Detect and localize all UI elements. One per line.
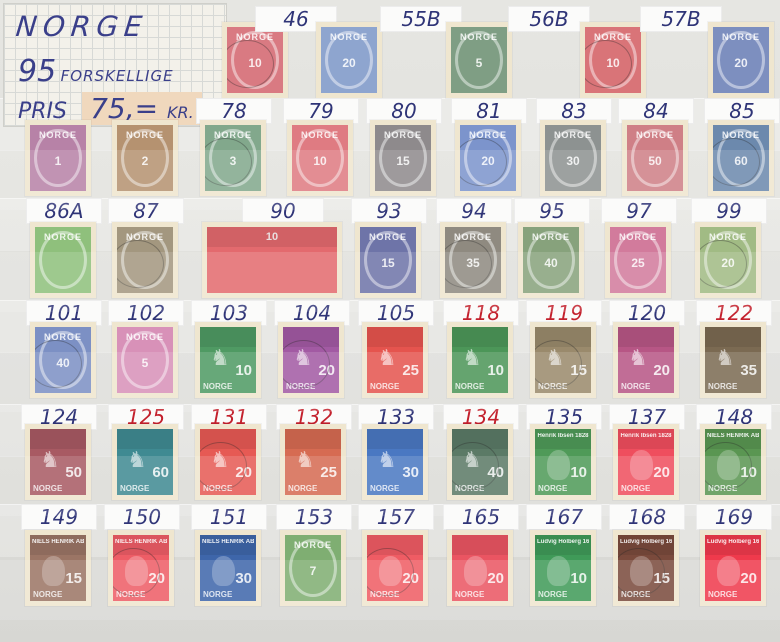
stamp-country-text: NORGE: [455, 382, 484, 391]
stamp-face: Ludvig Holberg 1684 193415NORGE: [618, 535, 674, 601]
stamp-135[interactable]: Henrik Ibsen 182810NORGE: [530, 424, 596, 500]
stamp-face: ♞10NORGE: [200, 327, 256, 393]
stamp-top-band: [367, 327, 423, 347]
lion-icon: ♞: [715, 345, 735, 371]
stamp-country-text: NORGE: [538, 484, 567, 493]
stamp-face: NORGE20: [713, 27, 769, 93]
stamp-105[interactable]: ♞25NORGE: [362, 322, 428, 398]
stamp-face: NIELS HENRIK ABEL 180210NORGE: [705, 429, 761, 495]
stamp-country-text: NORGE: [370, 484, 399, 493]
stamp-country-text: NORGE: [708, 382, 737, 391]
stamp-country-text: NORGE: [33, 590, 62, 599]
catalog-number-label: 86A: [26, 198, 102, 224]
stamp-167[interactable]: Ludvig Holberg 1684 193410NORGE: [530, 530, 596, 606]
stamp-face: NORGE20: [321, 27, 377, 93]
stamp-face: NORGE1: [30, 125, 86, 191]
stamp-face: 20NORGE: [452, 535, 508, 601]
stamp-value: 1: [30, 154, 86, 168]
postmark-icon: [452, 442, 499, 490]
stamp-value: 20: [321, 56, 377, 70]
stamp-169[interactable]: Ludvig Holberg 1684 193420NORGE: [700, 530, 766, 606]
stamp-top-band: [452, 535, 508, 555]
stamp-unlabeled[interactable]: NORGE1: [25, 120, 91, 196]
stamp-country-text: NORGE: [451, 32, 507, 42]
stamp-value: 15: [65, 570, 82, 587]
stamp-56B[interactable]: NORGE10: [580, 22, 646, 98]
stamp-value: 50: [65, 464, 82, 481]
stamp-face: ♞50NORGE: [30, 429, 86, 495]
stamp-85[interactable]: NORGE60: [708, 120, 774, 196]
lion-icon: ♞: [127, 447, 147, 473]
stamp-country-text: NORGE: [713, 32, 769, 42]
stamp-face: ♞20NORGE: [618, 327, 674, 393]
stamp-132[interactable]: ♞25NORGE: [280, 424, 346, 500]
catalog-number-label: 87: [108, 198, 184, 224]
stamp-46[interactable]: NORGE20: [316, 22, 382, 98]
stamp-face: NORGE50: [627, 125, 683, 191]
stamp-top-band: [207, 227, 337, 247]
stamp-83[interactable]: NORGE30: [540, 120, 606, 196]
portrait-icon: [547, 556, 569, 586]
stamp-country-text: NORGE: [370, 382, 399, 391]
stamp-value: 5: [451, 56, 507, 70]
catalog-number-label: 95: [514, 198, 590, 224]
stamp-value: 10: [487, 362, 504, 379]
stamp-value: 30: [545, 154, 601, 168]
stamp-banner-text: NIELS HENRIK ABEL 1802: [32, 539, 84, 545]
stamp-country-text: NORGE: [360, 232, 416, 242]
stamp-top-band: [367, 429, 423, 449]
portrait-icon: [464, 556, 486, 586]
stamp-face: NORGE2: [117, 125, 173, 191]
stamp-banner-text: Ludvig Holberg 1684 1934: [620, 539, 672, 545]
catalog-number-label: 56B: [508, 6, 590, 32]
catalog-number-label: 150: [104, 504, 180, 530]
stamp-value: 20: [740, 570, 757, 587]
catalog-number-label: 167: [526, 504, 602, 530]
stamp-country-text: NORGE: [30, 130, 86, 140]
stamp-157[interactable]: 20NORGE: [362, 530, 428, 606]
stamp-value: 20: [653, 464, 670, 481]
stamp-face: 20NORGE: [367, 535, 423, 601]
stamp-118[interactable]: ♞10NORGE: [447, 322, 513, 398]
stamp-face: ♞35NORGE: [705, 327, 761, 393]
stamp-value: 5: [117, 356, 173, 370]
stamp-country-text: NORGE: [203, 382, 232, 391]
stamp-country-text: NORGE: [33, 484, 62, 493]
stamp-face: NORGE60: [713, 125, 769, 191]
stamp-94[interactable]: NORGE35: [440, 222, 506, 298]
portrait-icon: [212, 556, 234, 586]
handwritten-note-card: NORGE 95 FORSKELLIGE PRIS 75,= KR.: [3, 3, 227, 127]
stamp-face: NORGE25: [610, 227, 666, 293]
stamp-value: 10: [235, 362, 252, 379]
stamp-face: ♞25NORGE: [285, 429, 341, 495]
stamp-55B[interactable]: NORGE5: [446, 22, 512, 98]
stamp-face: NIELS HENRIK ABEL20NORGE: [113, 535, 169, 601]
catalog-number-label: 97: [601, 198, 677, 224]
stamp-131[interactable]: ♞20NORGE: [195, 424, 261, 500]
stamp-value: 10: [292, 154, 348, 168]
stamp-top-band: [30, 429, 86, 449]
stamp-banner-text: Henrik Ibsen 1828: [537, 433, 589, 439]
stamp-value: 10: [570, 570, 587, 587]
stockbook-page: NORGE 95 FORSKELLIGE PRIS 75,= KR. NORGE…: [0, 0, 780, 642]
stamp-country-text: NORGE: [375, 130, 431, 140]
catalog-number-label: 157: [358, 504, 434, 530]
stamp-face: Henrik Ibsen 182820NORGE: [618, 429, 674, 495]
stamp-unlabeled[interactable]: NORGE10: [222, 22, 288, 98]
stamp-119[interactable]: ♞15NORGE: [530, 322, 596, 398]
stamp-78[interactable]: NORGE3: [200, 120, 266, 196]
stamp-value: 20: [653, 362, 670, 379]
stamp-face: NORGE35: [445, 227, 501, 293]
note-count-word: FORSKELLIGE: [61, 67, 174, 85]
catalog-number-label: 93: [351, 198, 427, 224]
stamp-value: 40: [523, 256, 579, 270]
stamp-value: 30: [235, 570, 252, 587]
stamp-top-band: [705, 327, 761, 347]
stamp-country-text: NORGE: [117, 130, 173, 140]
stamp-banner-text: Ludvig Holberg 1684 1934: [707, 539, 759, 545]
stamp-value: 10: [570, 464, 587, 481]
stamp-top-band: [200, 327, 256, 347]
stamp-face: NORGE20: [700, 227, 756, 293]
stamp-103[interactable]: ♞10NORGE: [195, 322, 261, 398]
catalog-number-label: 99: [691, 198, 767, 224]
stamp-face: NORGE5: [117, 327, 173, 393]
stamp-86A[interactable]: NORGE: [30, 222, 96, 298]
stamp-face: ♞25NORGE: [367, 327, 423, 393]
portrait-icon: [547, 450, 569, 480]
stamp-unlabeled[interactable]: NORGE2: [112, 120, 178, 196]
stamp-value: 15: [375, 154, 431, 168]
stamp-99[interactable]: NORGE20: [695, 222, 761, 298]
stamp-value: 15: [360, 256, 416, 270]
lion-icon: ♞: [295, 447, 315, 473]
stamp-face: NORGE: [117, 227, 173, 293]
stamp-93[interactable]: NORGE15: [355, 222, 421, 298]
stamp-120[interactable]: ♞20NORGE: [613, 322, 679, 398]
stamp-134[interactable]: ♞40NORGE: [447, 424, 513, 500]
stamp-value: 60: [152, 464, 169, 481]
stamp-value: 25: [402, 362, 419, 379]
stamp-face: NORGE: [35, 227, 91, 293]
stamp-country-text: NORGE: [708, 590, 737, 599]
stamp-face: ♞15NORGE: [535, 327, 591, 393]
stamp-value: 50: [627, 154, 683, 168]
stamp-84[interactable]: NORGE50: [622, 120, 688, 196]
stamp-79[interactable]: NORGE10: [287, 120, 353, 196]
stamp-value: 35: [740, 362, 757, 379]
stamp-value: 20: [487, 570, 504, 587]
lion-icon: ♞: [210, 345, 230, 371]
stamp-face: NIELS HENRIK ABEL 180215NORGE: [30, 535, 86, 601]
stamp-value: 2: [117, 154, 173, 168]
stamp-face: NORGE3: [205, 125, 261, 191]
stamp-133[interactable]: ♞30NORGE: [362, 424, 428, 500]
portrait-icon: [630, 450, 652, 480]
stamp-80[interactable]: NORGE15: [370, 120, 436, 196]
stamp-face: Henrik Ibsen 182810NORGE: [535, 429, 591, 495]
stamp-value: 25: [320, 464, 337, 481]
stamp-value: 20: [713, 56, 769, 70]
postmark-icon: [618, 548, 665, 596]
stamp-face: ♞10NORGE: [452, 327, 508, 393]
lion-icon: ♞: [462, 345, 482, 371]
stamp-country-text: NORGE: [285, 540, 341, 550]
stamp-face: Ludvig Holberg 1684 193420NORGE: [705, 535, 761, 601]
stamp-face: ♞60NORGE: [117, 429, 173, 495]
portrait-icon: [42, 556, 64, 586]
lion-icon: ♞: [377, 345, 397, 371]
stamp-face: NIELS HENRIK ABEL30NORGE: [200, 535, 256, 601]
stamp-banner-text: Ludvig Holberg 1684 1934: [537, 539, 589, 545]
catalog-number-label: 165: [443, 504, 519, 530]
stamp-face: 10: [207, 227, 337, 293]
stamp-top-band: [452, 327, 508, 347]
stamp-top-band: [285, 429, 341, 449]
stamp-face: NORGE10: [227, 27, 283, 93]
stamp-value: 7: [285, 564, 341, 578]
stamp-value: 25: [610, 256, 666, 270]
stamp-country-text: NORGE: [455, 590, 484, 599]
stamp-81[interactable]: NORGE20: [455, 120, 521, 196]
catalog-number-label: 149: [21, 504, 97, 530]
stamp-97[interactable]: NORGE25: [605, 222, 671, 298]
stamp-95[interactable]: NORGE40: [518, 222, 584, 298]
stamp-country-text: NORGE: [545, 130, 601, 140]
stamp-country-text: NORGE: [292, 130, 348, 140]
stamp-face: NORGE10: [585, 27, 641, 93]
postmark-icon: [367, 548, 414, 596]
stamp-country-text: NORGE: [117, 332, 173, 342]
stamp-104[interactable]: ♞20NORGE: [278, 322, 344, 398]
portrait-icon: [717, 556, 739, 586]
catalog-number-label: 153: [276, 504, 352, 530]
stamp-top-band: [618, 327, 674, 347]
stamp-face: NORGE20: [460, 125, 516, 191]
postmark-icon: [200, 442, 247, 490]
stamp-country-text: NORGE: [523, 232, 579, 242]
stamp-165[interactable]: 20NORGE: [447, 530, 513, 606]
stamp-122[interactable]: ♞35NORGE: [700, 322, 766, 398]
catalog-number-label: 169: [696, 504, 772, 530]
stamp-country-text: NORGE: [288, 484, 317, 493]
stamp-face: NORGE15: [375, 125, 431, 191]
stamp-153[interactable]: NORGE7: [280, 530, 346, 606]
lion-icon: ♞: [377, 447, 397, 473]
stamp-face: NORGE7: [285, 535, 341, 601]
catalog-number-label: 151: [191, 504, 267, 530]
stamp-banner-text: Henrik Ibsen 1828: [620, 433, 672, 439]
stamp-face: ♞40NORGE: [452, 429, 508, 495]
stamp-face: NORGE5: [451, 27, 507, 93]
postmark-icon: [705, 442, 752, 490]
stamp-country-text: NORGE: [120, 484, 149, 493]
note-count-number: 95: [18, 54, 56, 89]
stamp-country-text: NORGE: [538, 590, 567, 599]
stamp-148[interactable]: NIELS HENRIK ABEL 180210NORGE: [700, 424, 766, 500]
stamp-face: NORGE10: [292, 125, 348, 191]
note-count: 95 FORSKELLIGE: [18, 54, 174, 89]
stamp-banner-text: NIELS HENRIK ABEL: [115, 539, 167, 545]
stamp-168[interactable]: Ludvig Holberg 1684 193415NORGE: [613, 530, 679, 606]
stamp-banner-text: NIELS HENRIK ABEL 1802: [707, 433, 759, 439]
stamp-face: NORGE40: [35, 327, 91, 393]
note-country: NORGE: [14, 10, 149, 43]
stamp-face: NORGE15: [360, 227, 416, 293]
stamp-country-text: NORGE: [321, 32, 377, 42]
catalog-number-label: 90: [242, 198, 324, 224]
stamp-country-text: NORGE: [610, 232, 666, 242]
catalog-number-label: 94: [436, 198, 512, 224]
stamp-151[interactable]: NIELS HENRIK ABEL30NORGE: [195, 530, 261, 606]
postmark-icon: [283, 340, 330, 388]
lion-icon: ♞: [40, 447, 60, 473]
stamp-57B[interactable]: NORGE20: [708, 22, 774, 98]
stamp-137[interactable]: Henrik Ibsen 182820NORGE: [613, 424, 679, 500]
stamp-102[interactable]: NORGE5: [112, 322, 178, 398]
postmark-icon: [113, 548, 160, 596]
stamp-face: ♞20NORGE: [200, 429, 256, 495]
stamp-country-text: NORGE: [621, 484, 650, 493]
lion-icon: ♞: [628, 345, 648, 371]
stamp-value: 30: [402, 464, 419, 481]
stamp-125[interactable]: ♞60NORGE: [112, 424, 178, 500]
stamp-banner-text: NIELS HENRIK ABEL: [202, 539, 254, 545]
stamp-face: ♞30NORGE: [367, 429, 423, 495]
stamp-country-text: NORGE: [621, 382, 650, 391]
stamp-150[interactable]: NIELS HENRIK ABEL20NORGE: [108, 530, 174, 606]
catalog-number-label: 168: [609, 504, 685, 530]
stamp-country-text: NORGE: [35, 232, 91, 242]
stamp-101[interactable]: NORGE40: [30, 322, 96, 398]
stamp-face: Ludvig Holberg 1684 193410NORGE: [535, 535, 591, 601]
stamp-face: ♞20NORGE: [283, 327, 339, 393]
stamp-124[interactable]: ♞50NORGE: [25, 424, 91, 500]
stamp-90[interactable]: 10: [202, 222, 342, 298]
stamp-top-band: [117, 429, 173, 449]
stamp-face: NORGE30: [545, 125, 601, 191]
stamp-country-text: NORGE: [627, 130, 683, 140]
stamp-149[interactable]: NIELS HENRIK ABEL 180215NORGE: [25, 530, 91, 606]
stamp-country-text: NORGE: [203, 590, 232, 599]
postmark-icon: [535, 340, 582, 388]
stamp-87[interactable]: NORGE: [112, 222, 178, 298]
stamp-face: NORGE40: [523, 227, 579, 293]
